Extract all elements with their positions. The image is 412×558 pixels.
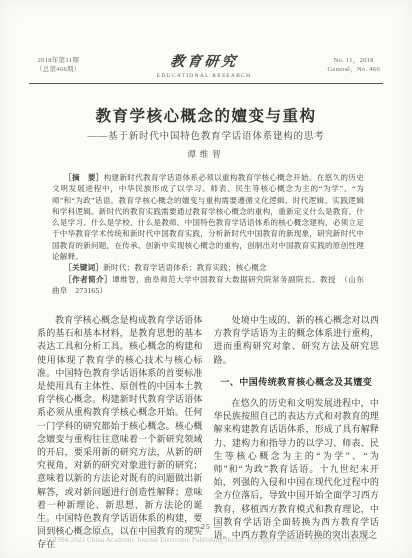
masthead-english-name: EDUCATIONAL RESEARCH	[157, 73, 252, 79]
abstract-block: ［摘 要］构建新时代教育学话语体系必须以重构教育学核心概念开始。在悠久的历史文明…	[52, 172, 364, 296]
right-column-paragraph-1: 处境中生成的、新的核心概念对以西方教育学话语为主的概念体系进行重构，进而重构研究…	[214, 314, 380, 367]
article-title: 教育学核心概念的嬗变与重构	[0, 104, 412, 126]
article-subtitle: ——基于新时代中国特色教育学话语体系建构的思考	[0, 128, 412, 142]
author-name: 谭维智	[0, 148, 412, 160]
page-number: — 25 —	[0, 522, 412, 531]
issue-en-line2: General，No. 466	[327, 65, 380, 75]
bio-label: ［作者简介］	[64, 275, 112, 284]
copyright-notice: (C)1994-2022 China Academic Journal Elec…	[0, 534, 412, 544]
left-column-paragraph: 教育学核心概念是构成教育学话语体系的基石和基本材料，是教育思想的基本表达工具和分…	[37, 314, 203, 552]
issue-info-cn: 2018年第11期 （总第466期）	[36, 56, 81, 75]
section-heading: 一、中国传统教育核心概念及其嬗变	[214, 376, 380, 389]
header-divider	[29, 83, 383, 84]
issue-info-en: No. 11，2018 General，No. 466	[327, 56, 380, 75]
body-columns: 教育学核心概念是构成教育学话语体系的基石和基本材料，是教育思想的基本表达工具和分…	[37, 314, 379, 552]
right-column: 处境中生成的、新的核心概念对以西方教育学话语为主的概念体系进行重构，进而重构研究…	[214, 314, 380, 552]
keywords-label: ［关键词］	[64, 263, 103, 272]
right-column-paragraph-2: 在悠久的历史和文明发展进程中，中华民族按照自己的表达方式和对教育的理解来构建教育…	[214, 397, 380, 542]
journal-header: 2018年第11期 （总第466期） 教育研究 EDUCATIONAL RESE…	[36, 51, 380, 79]
abstract-label: ［摘 要］	[64, 173, 103, 182]
journal-masthead: 教育研究 EDUCATIONAL RESEARCH	[157, 51, 252, 79]
keywords-text: 新时代；教育学话语体系；教育实践；核心概念	[103, 263, 267, 272]
left-column: 教育学核心概念是构成教育学话语体系的基石和基本材料，是教育思想的基本表达工具和分…	[37, 314, 203, 552]
author-bio-line: ［作者简介］谭维智，曲阜师范大学中国教育大数据研究院常务副院长、教授 （山东曲阜…	[52, 274, 364, 297]
issue-cn-line2: （总第466期）	[36, 65, 81, 75]
abstract-paragraph: ［摘 要］构建新时代教育学话语体系必须以重构教育学核心概念开始。在悠久的历史文明…	[52, 172, 364, 262]
masthead-chinese-logotype: 教育研究	[156, 51, 253, 71]
issue-en-line1: No. 11，2018	[327, 56, 380, 66]
keywords-line: ［关键词］新时代；教育学话语体系；教育实践；核心概念	[52, 262, 364, 273]
journal-page: 2018年第11期 （总第466期） 教育研究 EDUCATIONAL RESE…	[0, 0, 412, 558]
abstract-text: 构建新时代教育学话语体系必须以重构教育学核心概念开始。在悠久的历史文明发展进程中…	[52, 173, 364, 261]
issue-cn-line1: 2018年第11期	[36, 56, 81, 66]
